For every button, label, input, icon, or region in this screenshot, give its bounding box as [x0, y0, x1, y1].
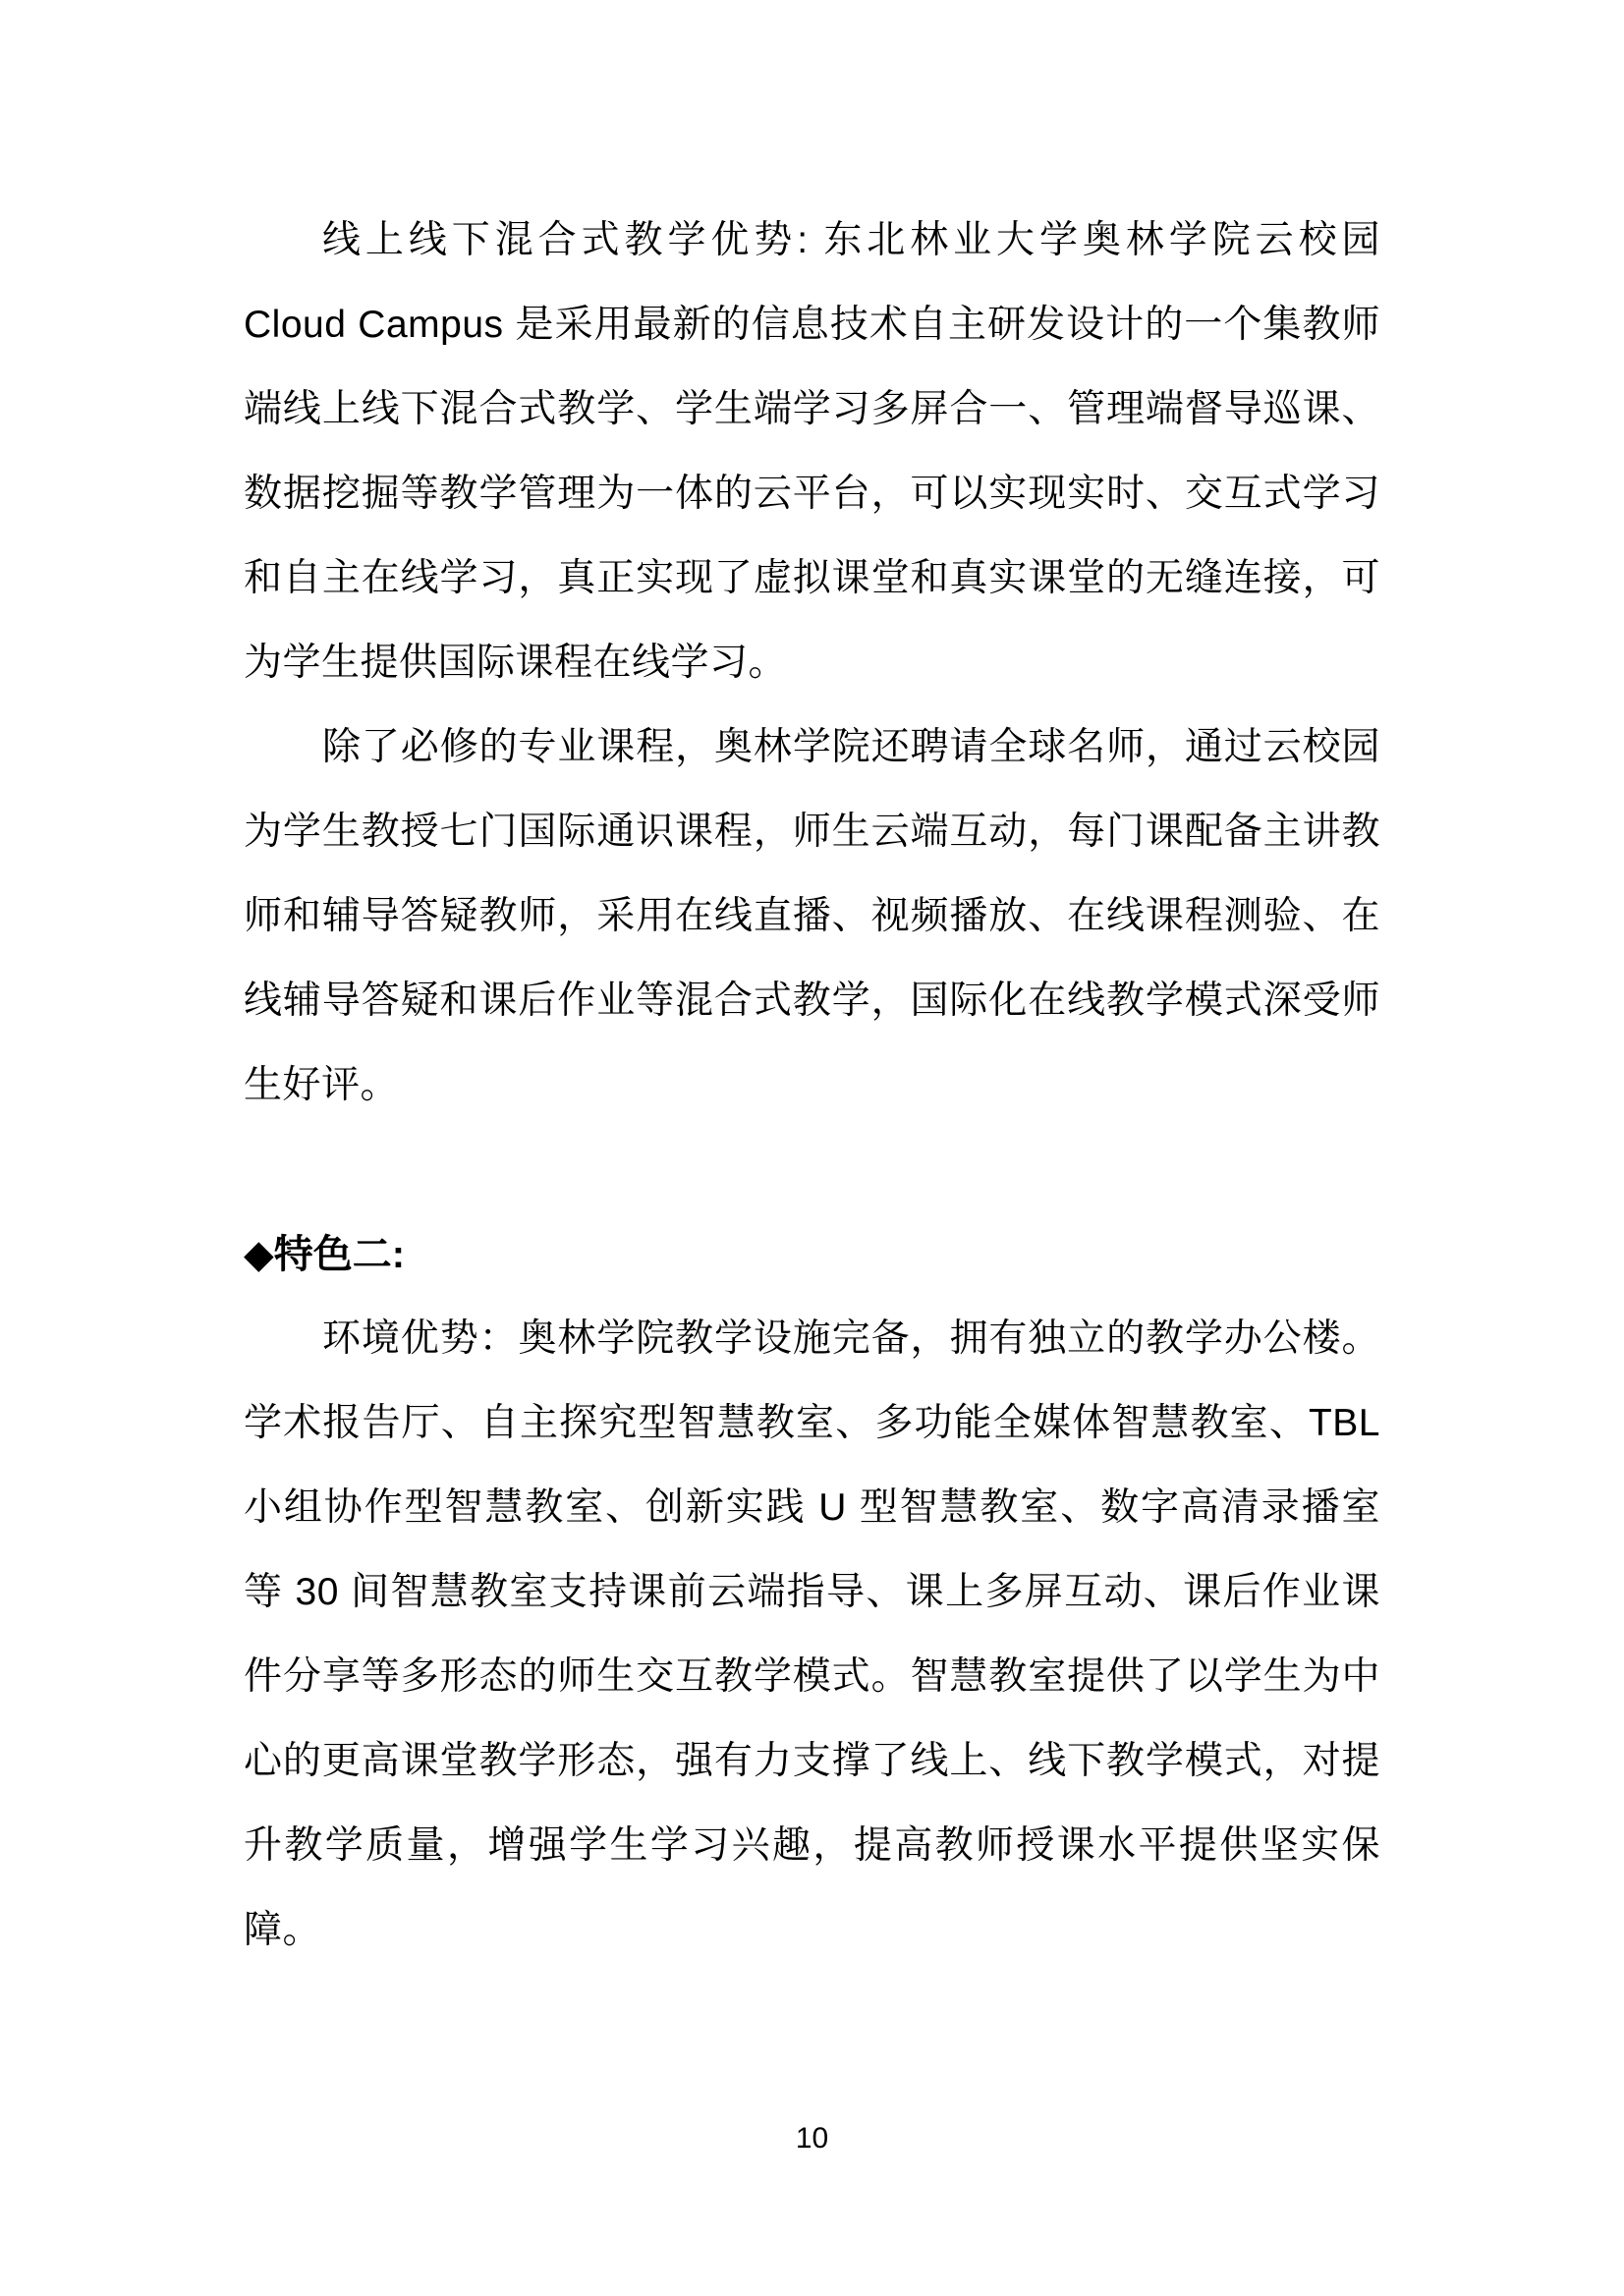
section-heading-feature-two: ◆特色二:: [244, 1212, 1380, 1297]
paragraph-environment: 环境优势：奥林学院教学设施完备，拥有独立的教学办公楼。学术报告厅、自主探究型智慧…: [244, 1297, 1380, 1973]
page-number: 10: [0, 2114, 1624, 2163]
text-block: 线上线下混合式教学优势: 东北林业大学奥林学院云校园 Cloud Campus …: [244, 198, 1380, 1973]
paragraph-blended-teaching: 线上线下混合式教学优势: 东北林业大学奥林学院云校园 Cloud Campus …: [244, 198, 1380, 705]
document-page: 线上线下混合式教学优势: 东北林业大学奥林学院云校园 Cloud Campus …: [0, 0, 1624, 2296]
paragraph-global-courses: 除了必修的专业课程，奥林学院还聘请全球名师，通过云校园为学生教授七门国际通识课程…: [244, 705, 1380, 1128]
blank-line: [244, 1128, 1380, 1212]
